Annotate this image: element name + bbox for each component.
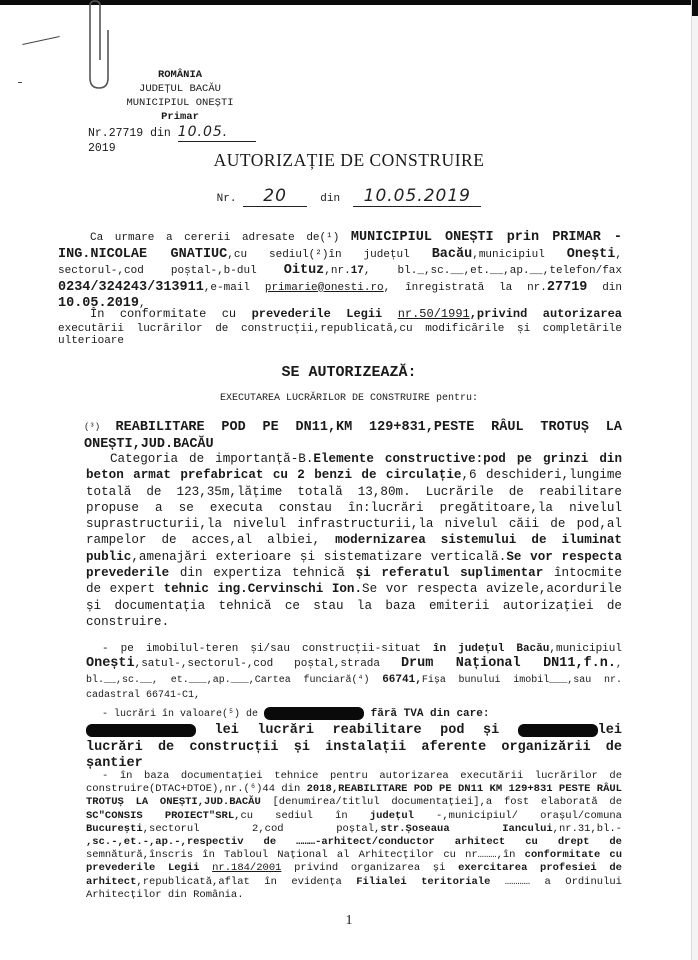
- scan-mark: [18, 82, 22, 83]
- authorization-number-line: Nr. 20 din 10.05.2019: [0, 186, 698, 207]
- handwritten-reg-date: 10.05.: [178, 124, 229, 140]
- intro-paragraph: Ca urmare a cererii adresate de(¹) MUNIC…: [58, 230, 622, 313]
- section-subheading: EXECUTAREA LUCRĂRILOR DE CONSTRUIRE pent…: [0, 393, 698, 404]
- handwritten-auth-number: 20: [263, 186, 287, 206]
- documentation-paragraph: - în baza documentației tehnice pentru a…: [86, 770, 622, 902]
- redacted-bridge-value: [86, 724, 196, 737]
- scan-right-edge: [691, 0, 698, 960]
- document-title: AUTORIZAȚIE DE CONSTRUIRE: [0, 150, 698, 171]
- county: JUDEȚUL BACĂU: [80, 82, 280, 96]
- municipality: MUNICIPIUL ONEȘTI: [80, 96, 280, 110]
- scan-mark: [22, 36, 59, 45]
- work-object: (³) REABILITARE POD PE DN11,KM 129+831,P…: [84, 420, 622, 453]
- redacted-total-value: [264, 707, 364, 720]
- handwritten-auth-date: 10.05.2019: [364, 186, 471, 206]
- email-link[interactable]: primarie@onesti.ro: [265, 282, 384, 294]
- office: Primar: [80, 110, 280, 124]
- description-paragraph: Categoria de importanță-B.Elemente const…: [86, 451, 622, 630]
- legal-basis-paragraph: În conformitate cu prevederile Legii nr.…: [58, 306, 622, 348]
- country: ROMÂNIA: [80, 68, 280, 82]
- redacted-site-value: [518, 724, 598, 737]
- value-paragraph: - lucrări în valoare(⁵) de fără TVA din …: [86, 706, 622, 773]
- property-paragraph: - pe imobilul-teren și/sau construcții-s…: [86, 642, 622, 703]
- page-number: 1: [0, 913, 698, 929]
- section-heading: SE AUTORIZEAZĂ:: [0, 364, 698, 381]
- issuer-header: ROMÂNIA JUDEȚUL BACĂU MUNICIPIUL ONEȘTI …: [80, 68, 280, 156]
